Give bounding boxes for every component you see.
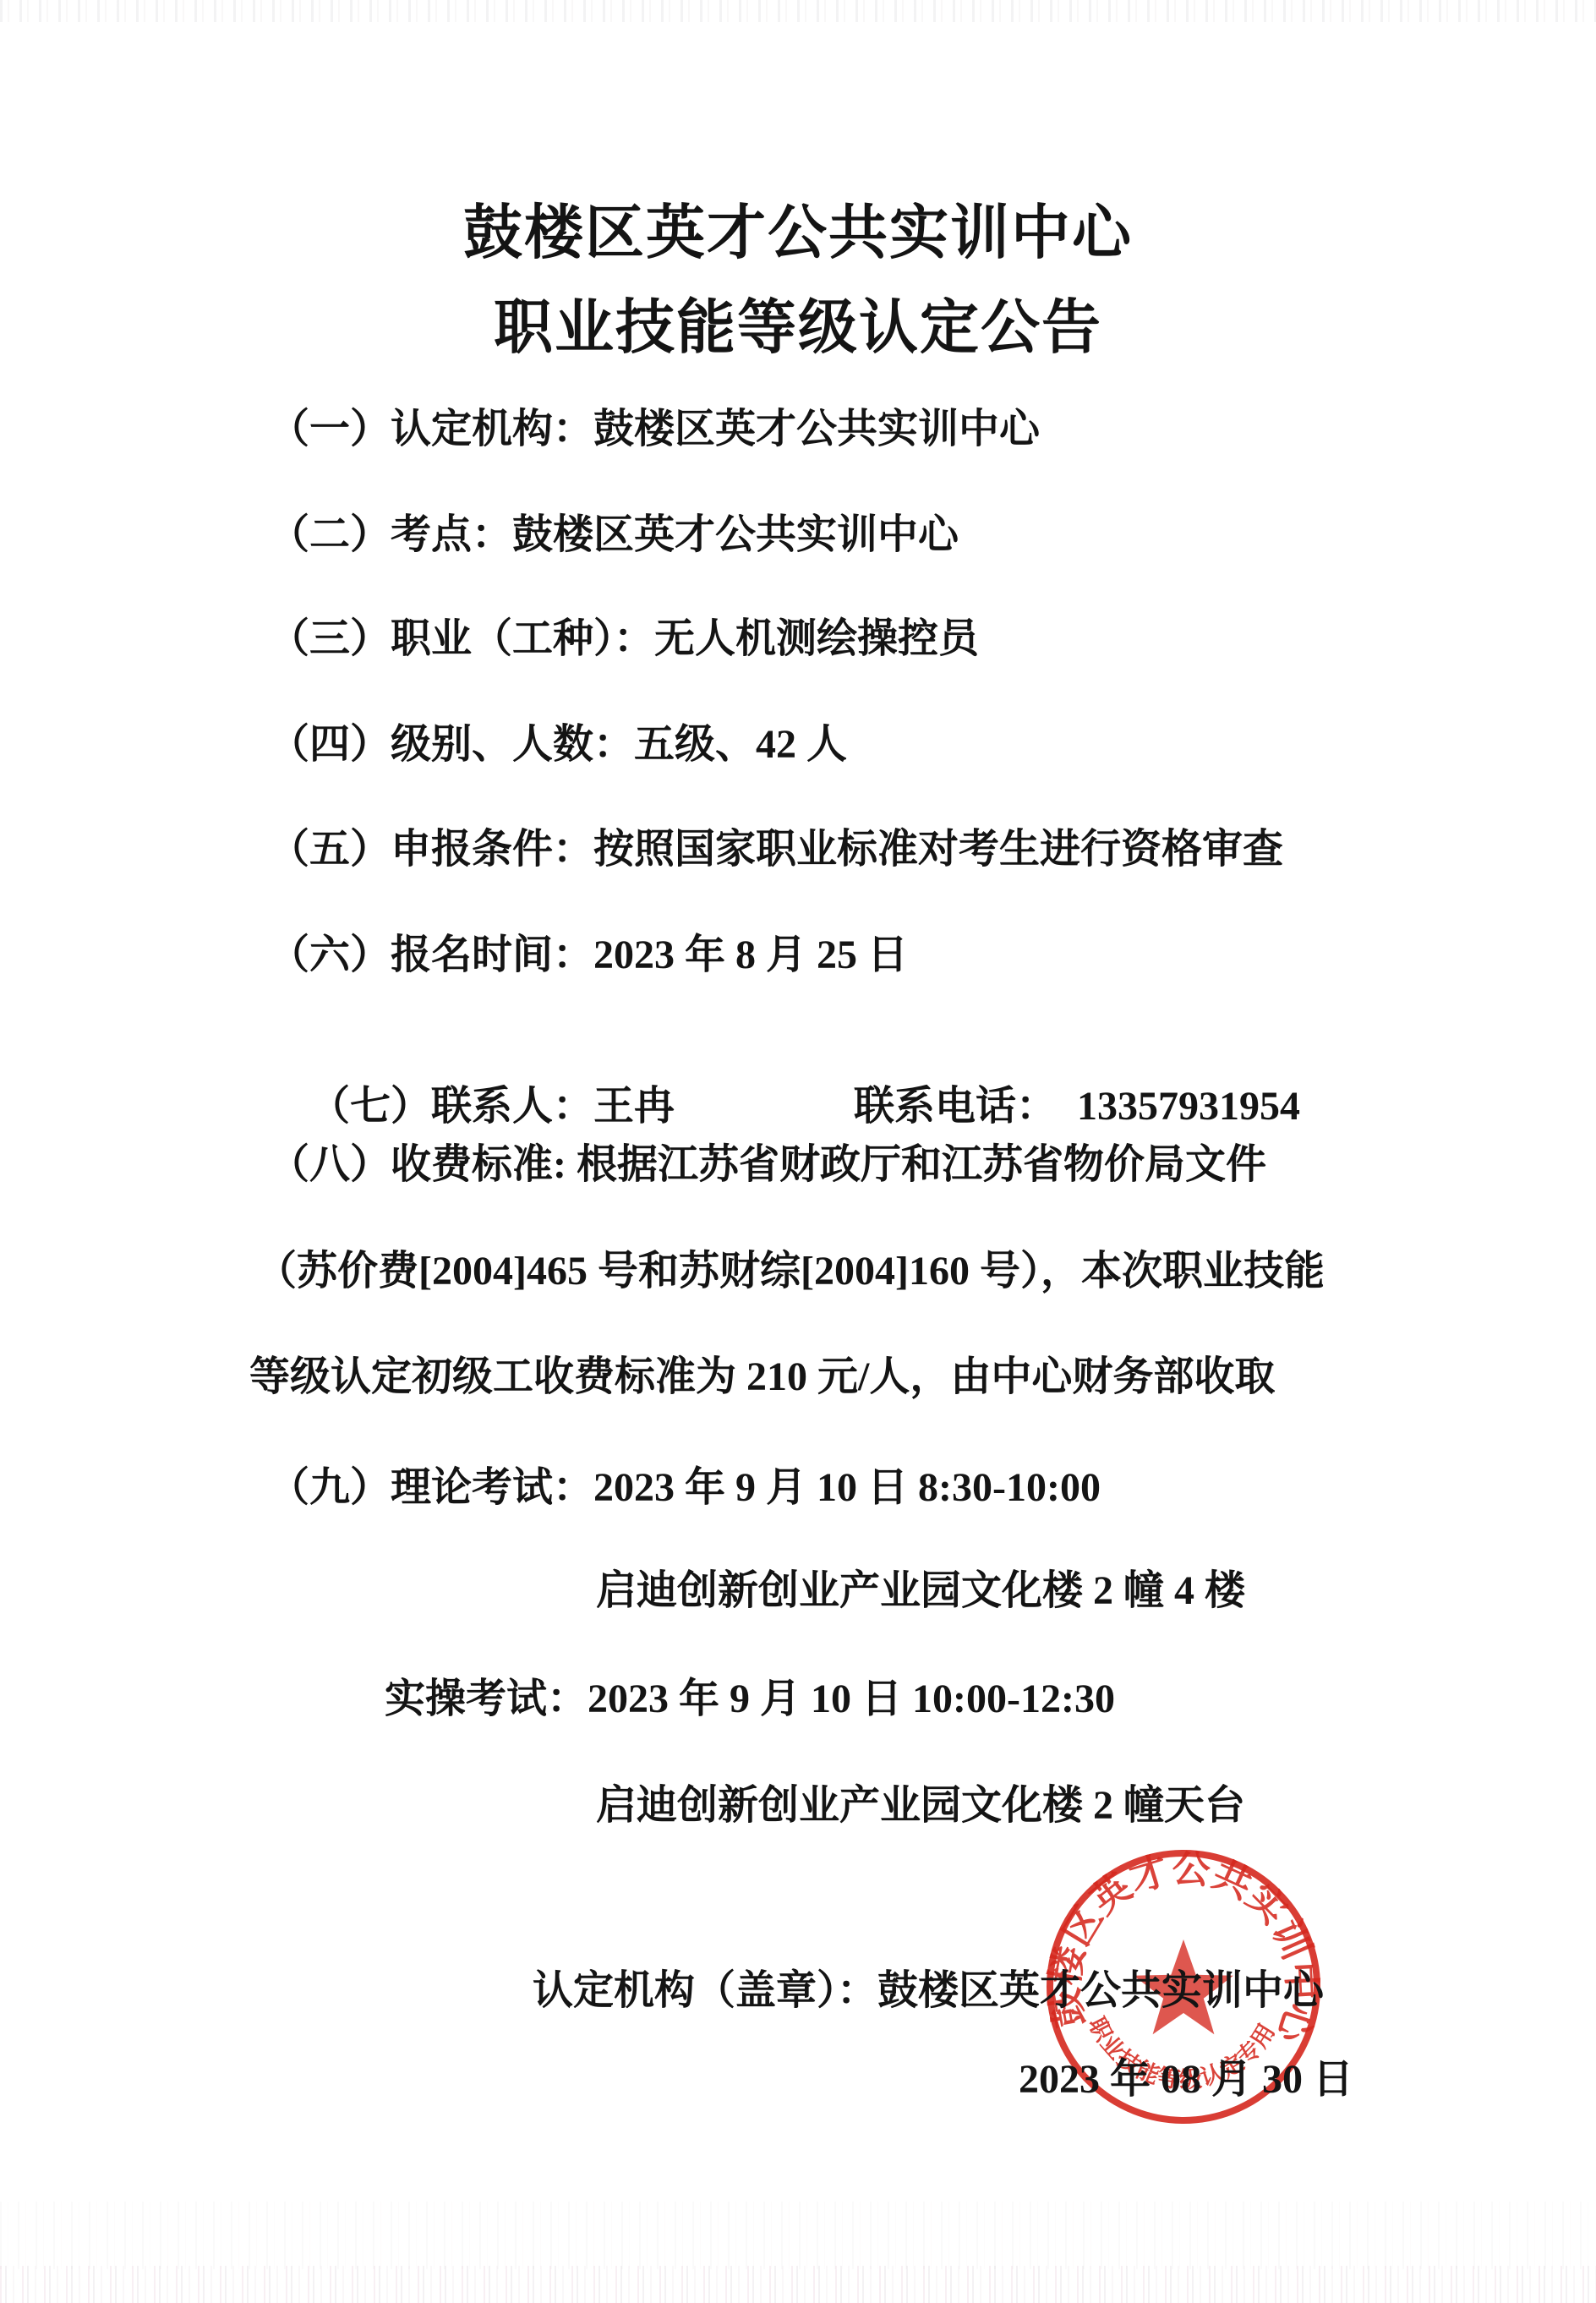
document-date: 2023 年 08 月 30 日	[1019, 2056, 1353, 2103]
item-application-conditions: （五）申报条件：按照国家职业标准对考生进行资格审查	[269, 826, 1283, 873]
document-title-line1: 鼓楼区英才公共实训中心	[0, 201, 1596, 266]
item-fee-standard-cont2: 等级认定初级工收费标准为 210 元/人，由中心财务部收取	[249, 1354, 1275, 1400]
scan-noise-bottom-faint	[0, 2202, 1596, 2269]
item-certifying-body: （一）认定机构：鼓楼区英才公共实训中心	[269, 406, 1040, 452]
item-exam-site: （二）考点：鼓楼区英才公共实训中心	[269, 511, 959, 558]
theory-exam-location: 启迪创新创业产业园文化楼 2 幢 4 楼	[596, 1567, 1245, 1614]
signature-line: 认定机构（盖章）：鼓楼区英才公共实训中心	[533, 1967, 1324, 2014]
item-registration-date: （六）报名时间：2023 年 8 月 25 日	[269, 932, 908, 978]
item-fee-standard: （八）收费标准: 根据江苏省财政厅和江苏省物价局文件	[269, 1141, 1266, 1188]
practical-exam: 实操考试：2023 年 9 月 10 日 10:00-12:30	[385, 1676, 1115, 1722]
contact-phone: 联系电话： 13357931954	[854, 1084, 1300, 1129]
document-title-line2: 职业技能等级认定公告	[0, 296, 1596, 361]
item-fee-standard-cont1: （苏价费[2004]465 号和苏财综[2004]160 号），本次职业技能	[256, 1248, 1325, 1294]
item-theory-exam: （九）理论考试：2023 年 9 月 10 日 8:30-10:00	[269, 1464, 1101, 1511]
announcement-document: 鼓楼区英才公共实训中心 职业技能等级认定公告 （一）认定机构：鼓楼区英才公共实训…	[0, 0, 1596, 2303]
item-level-headcount: （四）级别、人数：五级、42 人	[269, 721, 847, 768]
contact-person: （七）联系人：王冉	[309, 1084, 675, 1129]
scan-noise-bottom	[0, 2266, 1596, 2303]
scan-noise-top	[0, 0, 1596, 22]
practical-exam-location: 启迪创新创业产业园文化楼 2 幢天台	[596, 1782, 1245, 1829]
item-occupation: （三）职业（工种）：无人机测绘操控员	[269, 615, 979, 662]
